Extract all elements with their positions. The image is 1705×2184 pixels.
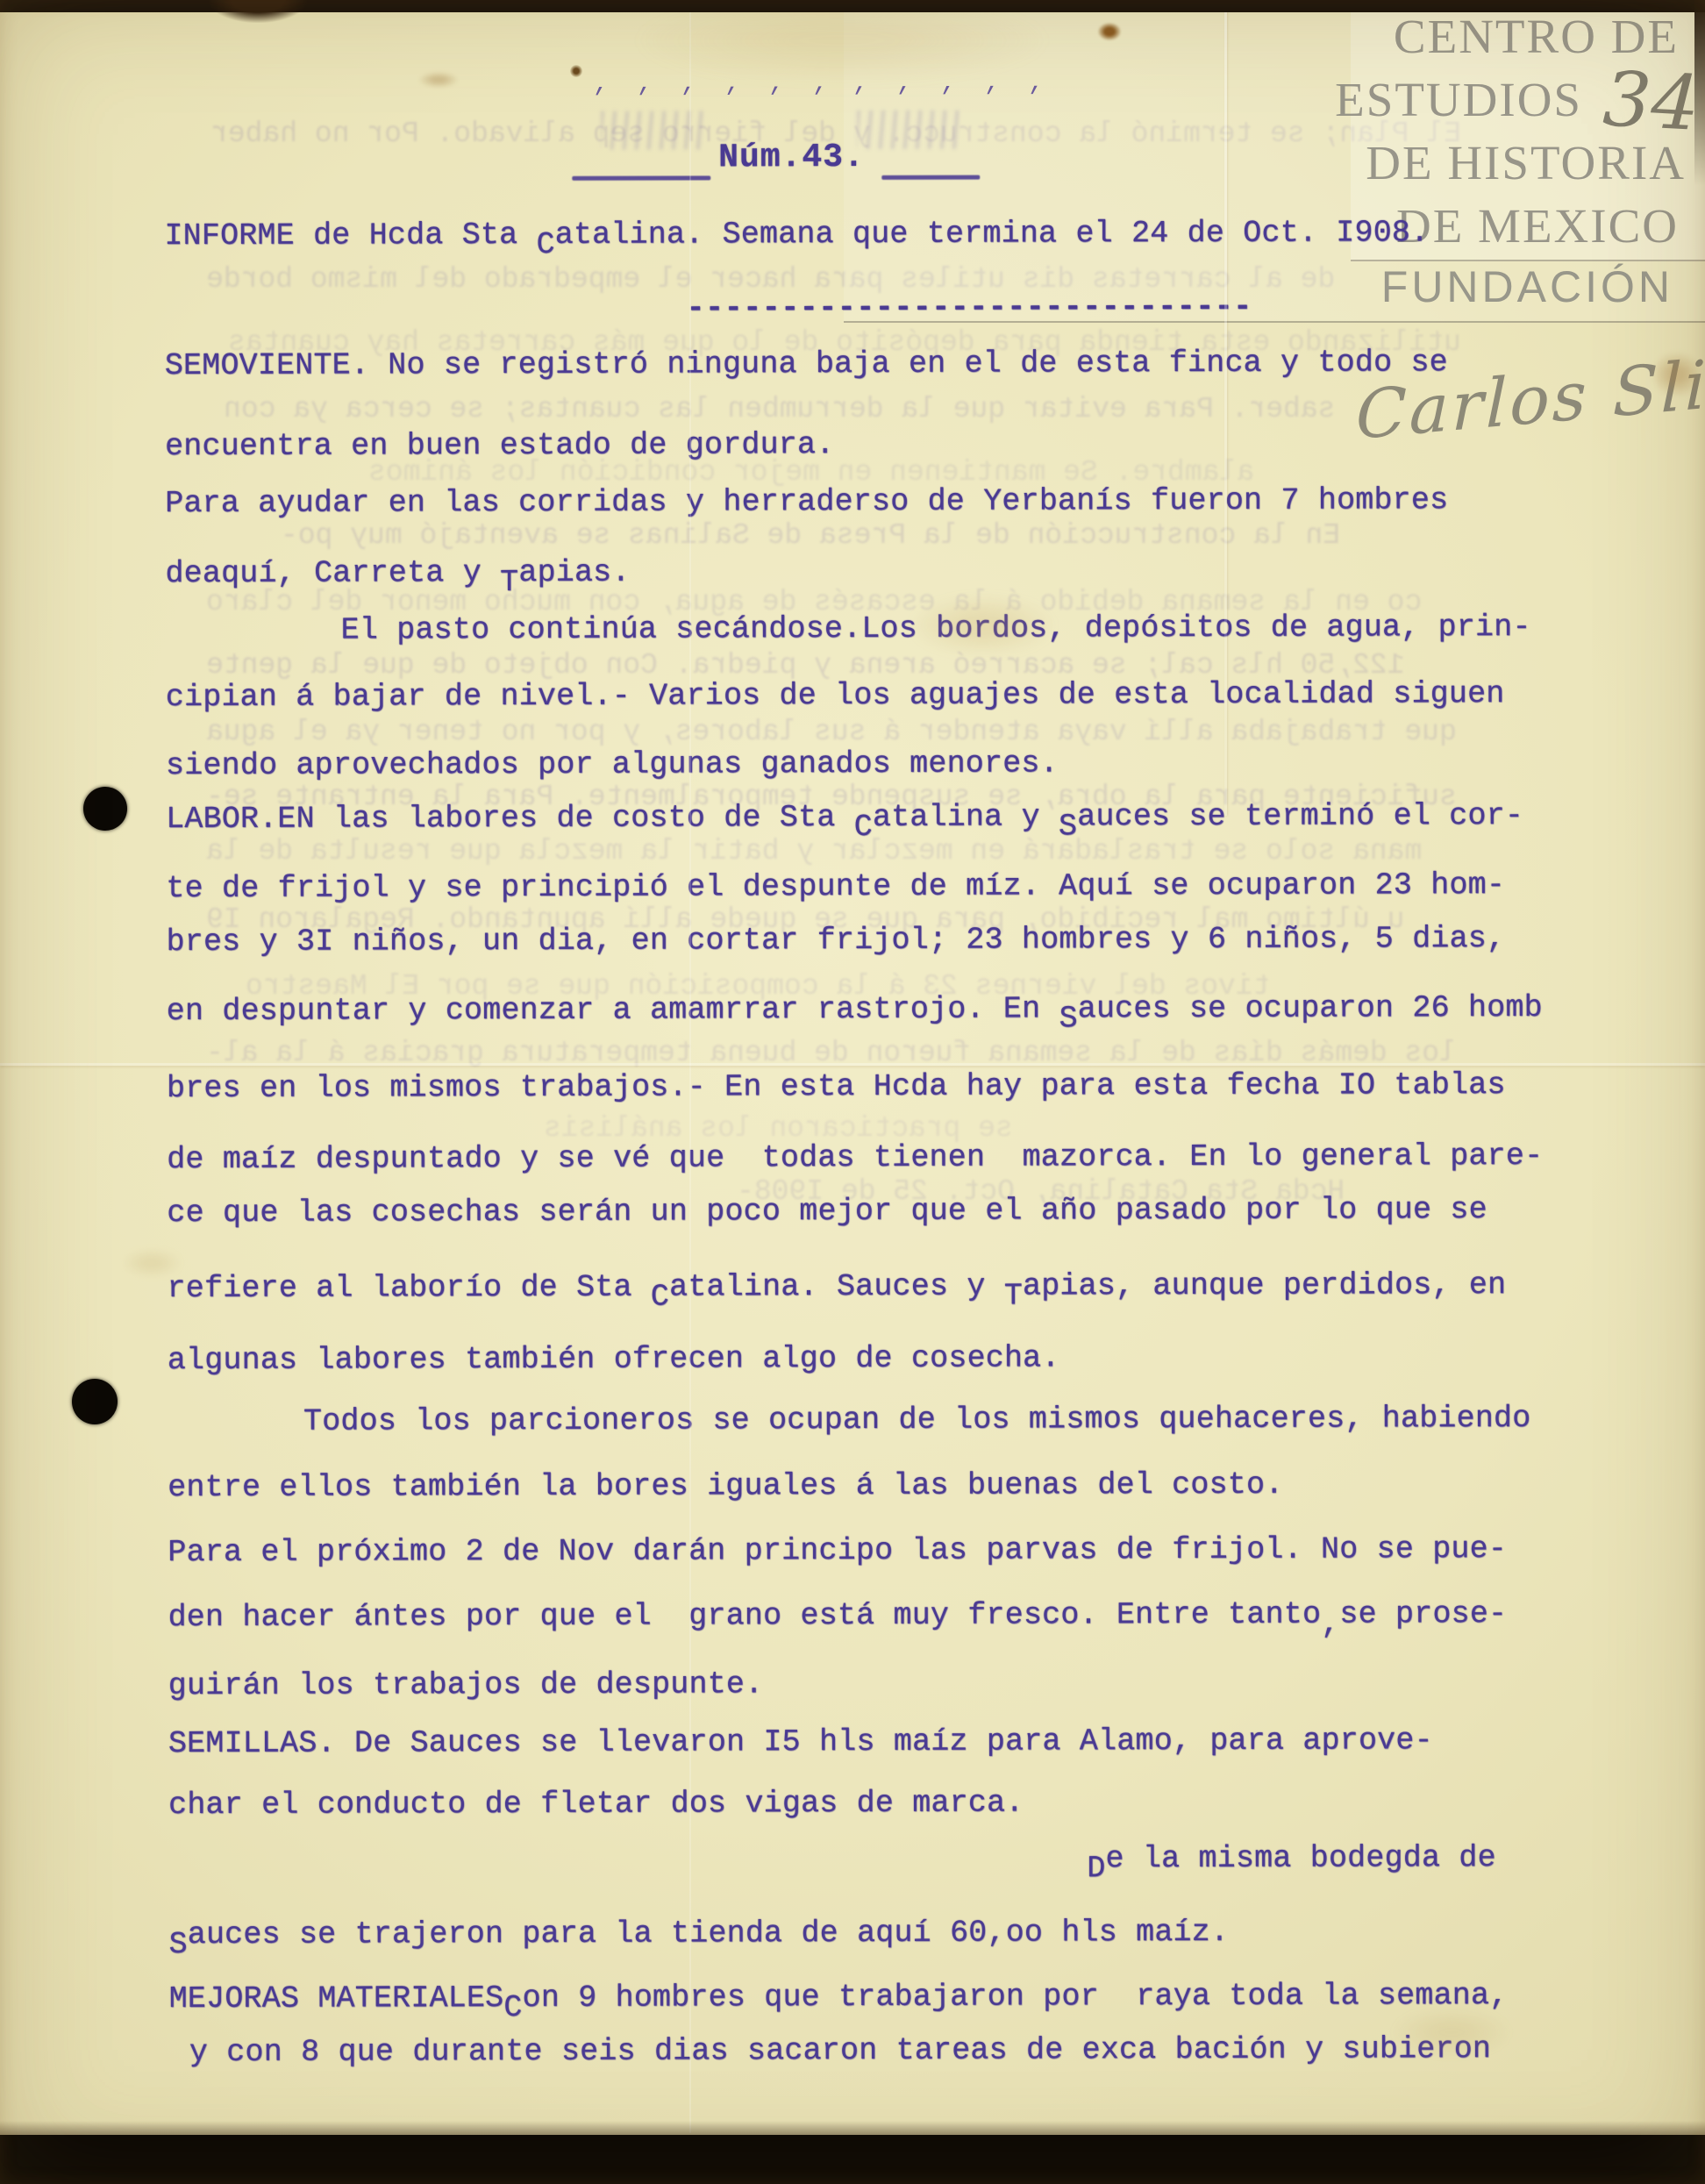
typed-line: cipian á bajar de nivel.- Varios de los … [166, 676, 1505, 715]
typed-text: den hacer ántes por que el grano está mu… [168, 1597, 1322, 1635]
typed-line: algunas labores también ofrecen algo de … [168, 1340, 1060, 1378]
typed-text: de maíz despuntado y se vé que todas tie… [167, 1138, 1543, 1177]
dropped-character: C [536, 227, 554, 262]
typed-text: atalina. Semana que termina el 24 de Oct… [555, 215, 1430, 253]
typed-underline-right [881, 175, 980, 180]
dropped-character: C [503, 1990, 522, 2025]
typed-text: ------------------------------ [687, 289, 1252, 326]
dropped-character: D [1087, 1851, 1105, 1886]
typed-line: Todos los parcioneros se ocupan de los m… [303, 1401, 1531, 1439]
crease-line [1224, 0, 1227, 816]
document-page: El Plan; se terminó la construcc. y del … [0, 0, 1705, 2184]
typed-text: te de frijol y se principió el despunte … [166, 867, 1505, 906]
typed-text: algunas labores también ofrecen algo de … [168, 1340, 1060, 1378]
typed-text: auces se ocuparon 26 homb [1078, 990, 1543, 1026]
typed-text: atalina y [873, 799, 1059, 835]
dropped-character: S [168, 1927, 187, 1962]
typed-line: Para el próximo 2 de Nov darán principo … [168, 1531, 1507, 1570]
typed-line: bres y 3I niños, un dia, en cortar frijo… [166, 921, 1505, 960]
typed-text: SEMILLAS. De Sauces se llevaron I5 hls m… [168, 1723, 1433, 1761]
typed-text: apias, aunque perdidos, en [1023, 1267, 1506, 1303]
typed-text: auces se terminó el cor- [1077, 798, 1523, 834]
typed-line: y con 8 que durante seis dias sacaron ta… [189, 2031, 1491, 2070]
labor-line: LABOR.EN las labores de costo de Sta Cat… [166, 798, 1523, 837]
typescript-layer: ' ' ' ' ' ' ' ' ' ' ' Núm.43. INFORME de… [0, 0, 1705, 2184]
scan-edge-blotch [209, 0, 307, 23]
dropped-character: C [651, 1280, 669, 1315]
semillas-line: SEMILLAS. De Sauces se llevaron I5 hls m… [168, 1723, 1433, 1761]
document-number: Núm.43. [718, 139, 865, 176]
typed-line: te de frijol y se principió el despunte … [166, 867, 1505, 906]
typed-line: El pasto continúa secándose.Los bordos, … [341, 610, 1531, 648]
typed-line: de maíz despuntado y se vé que todas tie… [167, 1138, 1543, 1177]
separator-dashes: ------------------------------ [687, 289, 1252, 326]
typed-text: on 9 hombres que trabajaron por raya tod… [523, 1978, 1509, 2016]
typed-line: Sauces se trajeron para la tienda de aqu… [168, 1915, 1229, 1952]
dropped-character: T [500, 565, 518, 600]
typed-text: entre ellos también la bores iguales á l… [168, 1467, 1283, 1505]
crease-line [689, 0, 691, 2133]
header-line: INFORME de Hcda Sta Catalina. Semana que… [164, 215, 1429, 253]
typed-line: encuentra en buen estado de gordura. [165, 427, 834, 464]
typed-line: refiere al laborío de Sta Catalina. Sauc… [168, 1267, 1507, 1306]
typed-text: auces se trajeron para la tienda de aquí… [188, 1915, 1230, 1952]
typed-line: den hacer ántes por que el grano está mu… [168, 1596, 1508, 1635]
typed-text: guirán los trabajos de despunte. [168, 1667, 764, 1703]
typed-text: bres en los mismos trabajos.- En esta Hc… [167, 1067, 1506, 1106]
dropped-character: T [1004, 1278, 1023, 1313]
typed-text: en despuntar y comenzar a amamrrar rastr… [167, 991, 1059, 1029]
hole-punch [72, 1379, 118, 1424]
ditto-marks-left: ' ' ' ' ' ' [582, 84, 832, 115]
typed-text: se prose- [1339, 1596, 1507, 1631]
typed-text: encuentra en buen estado de gordura. [165, 427, 834, 464]
typed-line: en despuntar y comenzar a amamrrar rastr… [167, 990, 1543, 1029]
dropped-character: C [854, 810, 873, 845]
typed-line: bres en los mismos trabajos.- En esta Hc… [167, 1067, 1506, 1106]
dropped-character: , [1321, 1607, 1339, 1642]
typed-text: siendo aprovechados por algunas ganados … [166, 746, 1059, 783]
typed-text: char el conducto de fletar dos vigas de … [168, 1785, 1024, 1823]
typed-text: Para el próximo 2 de Nov darán principo … [168, 1531, 1507, 1570]
typed-text: SEMOVIENTE. No se registró ninguna baja … [165, 345, 1448, 383]
typed-text: deaquí, Carreta y [165, 555, 500, 591]
typed-text: INFORME de Hcda Sta [164, 218, 536, 253]
typed-text: y con 8 que durante seis dias sacaron ta… [189, 2031, 1491, 2070]
typed-text: LABOR.EN las labores de costo de Sta [166, 800, 854, 837]
typed-line: Para ayudar en las corridas y herraderso… [165, 482, 1448, 521]
scan-edge-right [1694, 0, 1705, 186]
typed-line: char el conducto de fletar dos vigas de … [168, 1785, 1024, 1823]
typed-text: apias. [518, 555, 630, 590]
semoviente-line: SEMOVIENTE. No se registró ninguna baja … [165, 345, 1448, 383]
typed-text: El pasto continúa secándose.Los bordos, … [341, 610, 1531, 648]
typed-text: atalina. Sauces y [669, 1269, 1004, 1305]
typed-line: siendo aprovechados por algunas ganados … [166, 746, 1059, 783]
dropped-character: S [1059, 1001, 1077, 1036]
typed-text: bres y 3I niños, un dia, en cortar frijo… [166, 921, 1505, 960]
typed-text: Para ayudar en las corridas y herraderso… [165, 482, 1448, 521]
typed-text: MEJORAS MATERIALES [169, 1981, 504, 2016]
typed-line: ce que las cosechas serán un poco mejor … [167, 1192, 1487, 1231]
hole-punch [83, 787, 127, 831]
typed-text: Todos los parcioneros se ocupan de los m… [303, 1401, 1531, 1439]
typed-text: ce que las cosechas serán un poco mejor … [167, 1192, 1487, 1231]
typed-line: entre ellos también la bores iguales á l… [168, 1467, 1283, 1505]
crease-line [0, 1063, 1705, 1066]
scan-edge-bottom [0, 2135, 1705, 2184]
typed-line: De la misma bodegda de [1087, 1840, 1496, 1876]
typed-line: deaquí, Carreta y Tapias. [165, 555, 630, 591]
dropped-character: S [1059, 809, 1077, 844]
typed-line: guirán los trabajos de despunte. [168, 1667, 764, 1703]
ink-smudge [857, 111, 960, 149]
typed-text: refiere al laborío de Sta [168, 1270, 651, 1306]
mejoras-line: MEJORAS MATERIALESCon 9 hombres que trab… [169, 1978, 1509, 2016]
typed-text: cipian á bajar de nivel.- Varios de los … [166, 676, 1505, 715]
typed-text: e la misma bodegda de [1105, 1840, 1495, 1876]
